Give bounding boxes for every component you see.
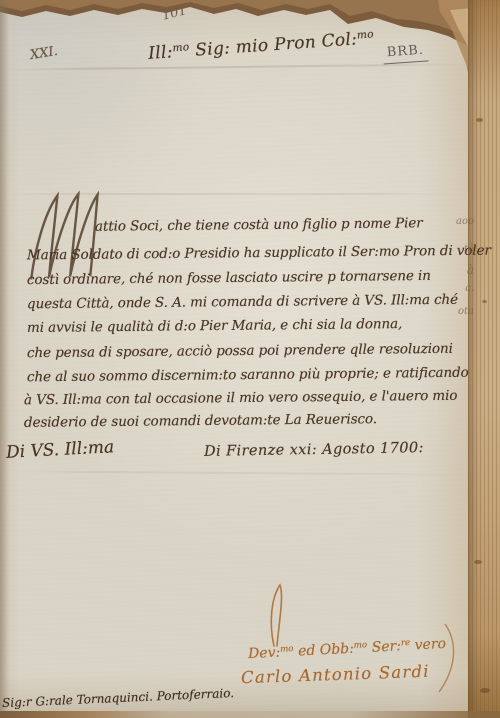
- archival-mark-brb: BRB.: [382, 42, 428, 64]
- letter-photo: 101 XXI. BRB. Ill:mo Sig: mio Pron Col:m…: [0, 0, 500, 718]
- edge-fleck: [482, 300, 487, 303]
- bleedthrough-mark: c.: [465, 283, 474, 294]
- bottom-page-edge: [0, 711, 500, 718]
- signature-part: ed Obb:: [293, 641, 354, 660]
- signature-part: Ser:: [367, 638, 402, 656]
- signature-abbrev: mo: [280, 644, 294, 655]
- signature-abbrev: mo: [353, 640, 367, 651]
- edge-fleck: [480, 688, 490, 693]
- bleedthrough-mark: aoo: [456, 216, 474, 227]
- salutation-abbrev: mo: [357, 28, 375, 41]
- page-stack-edge: [468, 0, 500, 718]
- bleedthrough-mark: ota: [458, 306, 474, 317]
- salutation-part: Ill:: [148, 42, 174, 64]
- signature-part: Dev:: [248, 645, 281, 663]
- edge-fleck: [476, 118, 483, 122]
- salutation-abbrev: mo: [172, 41, 190, 54]
- edge-fleck: [474, 560, 482, 564]
- body-line: attio Soci, che tiene costà uno figlio p…: [95, 215, 423, 234]
- bleedthrough-mark: à: [467, 263, 474, 277]
- pen-flourish: [433, 618, 463, 698]
- bleedthrough-mark: tò: [464, 244, 474, 255]
- left-page-edge: [0, 0, 9, 718]
- signature-flourish: [258, 582, 292, 648]
